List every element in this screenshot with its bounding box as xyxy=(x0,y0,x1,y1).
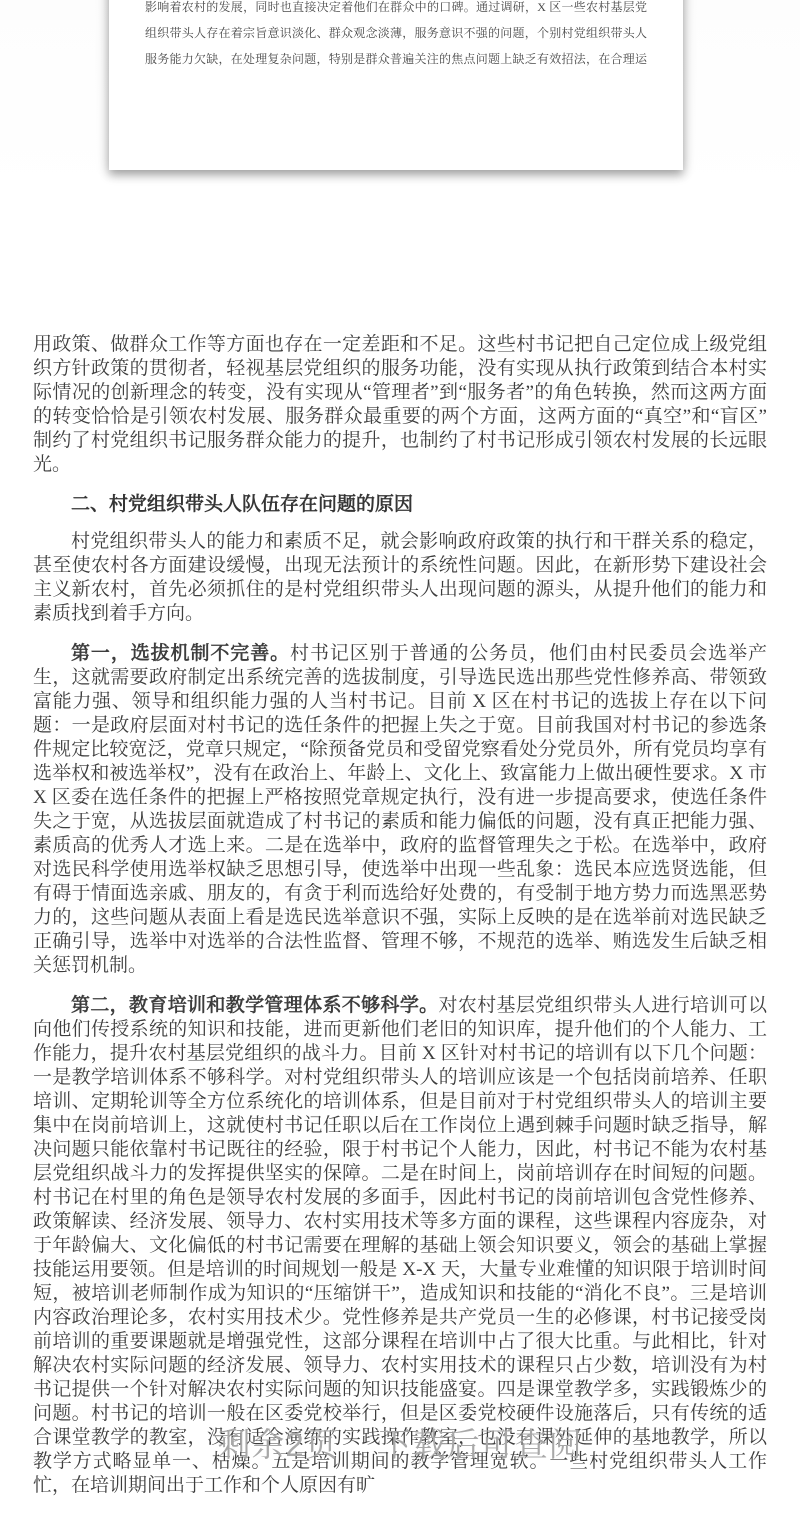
remaining-pages-hint: 剩余2页下载后可查阅 xyxy=(0,1424,800,1466)
doc-body-text: 用政策、做群众工作等方面也存在一定差距和不足。这些村书记把自己定位成上级党组织方… xyxy=(0,333,800,1514)
paragraph: 第一，选拔机制不完善。村书记区别于普通的公务员，他们由村民委员会选举产生，这就需… xyxy=(33,642,767,978)
document-preview-page: 影响着农村的发展，同时也直接决定着他们在群众中的口碑。通过调研，X 区一些农村基… xyxy=(0,0,800,1523)
doc-card-line: 影响着农村的发展，同时也直接决定着他们在群众中的口碑。通过调研，X 区一些农村基… xyxy=(145,0,647,20)
download-to-view-hint: 下载后可查阅 xyxy=(379,1426,583,1463)
section-heading: 二、村党组织带头人队伍存在问题的原因 xyxy=(33,493,767,517)
paragraph: 村党组织带头人的能力和素质不足，就会影响政府政策的执行和干群关系的稳定，甚至使农… xyxy=(33,530,767,626)
paragraph: 用政策、做群众工作等方面也存在一定差距和不足。这些村书记把自己定位成上级党组织方… xyxy=(33,333,767,477)
remaining-pages-count: 剩余2页 xyxy=(217,1426,338,1463)
paragraph-lead: 第二，教育培训和教学管理体系不够科学。 xyxy=(71,995,439,1016)
paragraph: 第二，教育培训和教学管理体系不够科学。对农村基层党组织带头人进行培训可以向他们传… xyxy=(33,994,767,1498)
doc-card-line: 组织带头人存在着宗旨意识淡化、群众观念淡薄，服务意识不强的问题，个别村党组织带头… xyxy=(145,20,647,46)
page1-preview-region: 影响着农村的发展，同时也直接决定着他们在群众中的口碑。通过调研，X 区一些农村基… xyxy=(0,0,800,200)
doc-page-text: 影响着农村的发展，同时也直接决定着他们在群众中的口碑。通过调研，X 区一些农村基… xyxy=(145,0,647,72)
doc-page-card: 影响着农村的发展，同时也直接决定着他们在群众中的口碑。通过调研，X 区一些农村基… xyxy=(109,0,683,170)
doc-card-line: 服务能力欠缺，在处理复杂问题，特别是群众普遍关注的焦点问题上缺乏有效招法，在合理… xyxy=(145,46,647,72)
paragraph-lead: 第一，选拔机制不完善。 xyxy=(71,643,290,664)
